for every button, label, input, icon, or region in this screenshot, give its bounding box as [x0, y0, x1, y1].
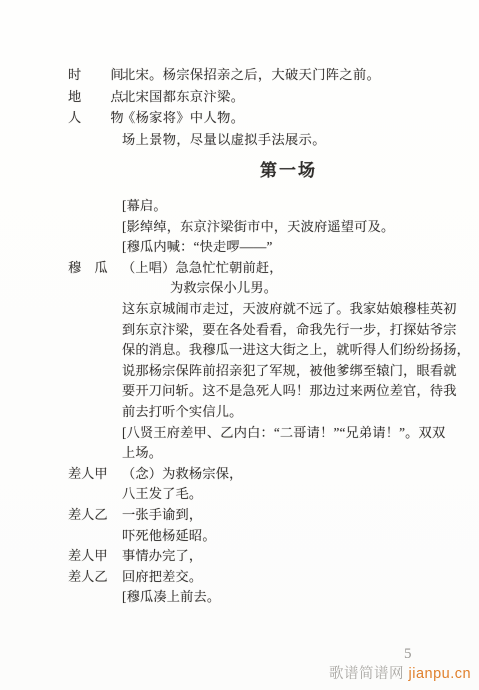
line-text: 吓死他杨延昭。	[122, 528, 216, 543]
script-body: [幕启。 [影绰绰，东京汴梁街市中，天波府遥望可及。 [穆瓜内喊：“快走啰——”…	[0, 196, 479, 608]
line-text: [穆瓜内喊：“快走啰——”	[122, 239, 273, 254]
watermark-site-url: jianpu.cn	[409, 666, 472, 682]
line-text: （上唱）急急忙忙朝前赶，	[122, 260, 283, 275]
line-text: 保的消息。我穆瓜一进这大街之上，就听得人们纷纷扬扬，	[122, 342, 470, 357]
meta-text-place: 北宋国都东京汴梁。	[122, 89, 244, 104]
script-line: 吓死他杨延昭。	[0, 526, 479, 547]
meta-section: 时 间 北宋。杨宗保招亲之后，大破天门阵之前。 地 点 北宋国都东京汴梁。 人 …	[0, 0, 479, 150]
script-line: 差人甲（念）为救杨宗保，	[0, 464, 479, 485]
script-line: [幕启。	[0, 196, 479, 217]
role-name: 差人甲	[68, 464, 108, 485]
script-line: 到东京汴梁，要在各处看看，命我先行一步，打探姑爷宗	[0, 320, 479, 341]
page-number: 5	[404, 646, 412, 663]
script-line: 差人乙一张手谕到，	[0, 505, 479, 526]
line-text: 要开刀问斩。这不是急死人吗！那边过来两位差官，待我	[122, 383, 457, 398]
script-line: 上场。	[0, 443, 479, 464]
line-text: [穆瓜凑上前去。	[122, 589, 220, 604]
script-line: 八王发了毛。	[0, 484, 479, 505]
script-line: 保的消息。我穆瓜一进这大街之上，就听得人们纷纷扬扬，	[0, 340, 479, 361]
line-text: 上场。	[122, 445, 162, 460]
line-text: 这东京城闹市走过，天波府就不远了。我家姑娘穆桂英初	[122, 301, 457, 316]
scene-title: 第一场	[122, 159, 455, 183]
script-line: [八贤王府差甲、乙内白：“二哥请！”“兄弟请！”。双双	[0, 423, 479, 444]
line-text: 到东京汴梁，要在各处看看，命我先行一步，打探姑爷宗	[122, 322, 457, 337]
script-line: [穆瓜内喊：“快走啰——”	[0, 237, 479, 258]
script-line: 前去打听个实信儿。	[0, 402, 479, 423]
meta-row-stage-note: 场上景物，尽量以虚拟手法展示。	[0, 129, 479, 151]
meta-label-time: 时 间	[68, 64, 132, 86]
script-line: 为救宗保小儿男。	[0, 278, 479, 299]
role-name: 差人乙	[68, 567, 108, 588]
meta-label-characters: 人 物	[68, 107, 132, 129]
script-line: 这东京城闹市走过，天波府就不远了。我家姑娘穆桂英初	[0, 299, 479, 320]
script-line: 说那杨宗保阵前招亲犯了军规，被他爹绑至辕门，眼看就	[0, 361, 479, 382]
line-text: 事情办完了，	[122, 548, 202, 563]
line-text: [影绰绰，东京汴梁街市中，天波府遥望可及。	[122, 219, 394, 234]
role-name: 差人乙	[68, 505, 108, 526]
script-line: [穆瓜凑上前去。	[0, 587, 479, 608]
script-line: 穆 瓜（上唱）急急忙忙朝前赶，	[0, 258, 479, 279]
line-text: 一张手谕到，	[122, 507, 202, 522]
line-text: （念）为救杨宗保，	[122, 466, 243, 481]
line-text: [幕启。	[122, 198, 167, 213]
line-text: 前去打听个实信儿。	[122, 404, 243, 419]
watermark-site-name: 歌谱简谱网	[329, 666, 404, 682]
meta-row-place: 地 点 北宋国都东京汴梁。	[0, 86, 479, 108]
role-name: 差人甲	[68, 546, 108, 567]
line-text: [八贤王府差甲、乙内白：“二哥请！”“兄弟请！”。双双	[122, 425, 445, 440]
meta-label-place: 地 点	[68, 86, 132, 108]
script-line: 差人甲事情办完了，	[0, 546, 479, 567]
script-line: 差人乙回府把差交。	[0, 567, 479, 588]
script-line: 要开刀问斩。这不是急死人吗！那边过来两位差官，待我	[0, 381, 479, 402]
line-text: 说那杨宗保阵前招亲犯了军规，被他爹绑至辕门，眼看就	[122, 363, 457, 378]
role-name: 穆 瓜	[68, 258, 108, 279]
script-page: 时 间 北宋。杨宗保招亲之后，大破天门阵之前。 地 点 北宋国都东京汴梁。 人 …	[0, 0, 479, 690]
line-text: 为救宗保小儿男。	[170, 280, 277, 295]
meta-row-characters: 人 物 《杨家将》中人物。	[0, 107, 479, 129]
watermark: 歌谱简谱网 jianpu.cn	[329, 662, 471, 683]
line-text: 回府把差交。	[122, 569, 202, 584]
meta-text-stage-note: 场上景物，尽量以虚拟手法展示。	[122, 132, 326, 147]
script-line: [影绰绰，东京汴梁街市中，天波府遥望可及。	[0, 217, 479, 238]
line-text: 八王发了毛。	[122, 486, 202, 501]
meta-text-characters: 《杨家将》中人物。	[122, 110, 244, 125]
meta-row-time: 时 间 北宋。杨宗保招亲之后，大破天门阵之前。	[0, 64, 479, 86]
meta-text-time: 北宋。杨宗保招亲之后，大破天门阵之前。	[122, 67, 380, 82]
